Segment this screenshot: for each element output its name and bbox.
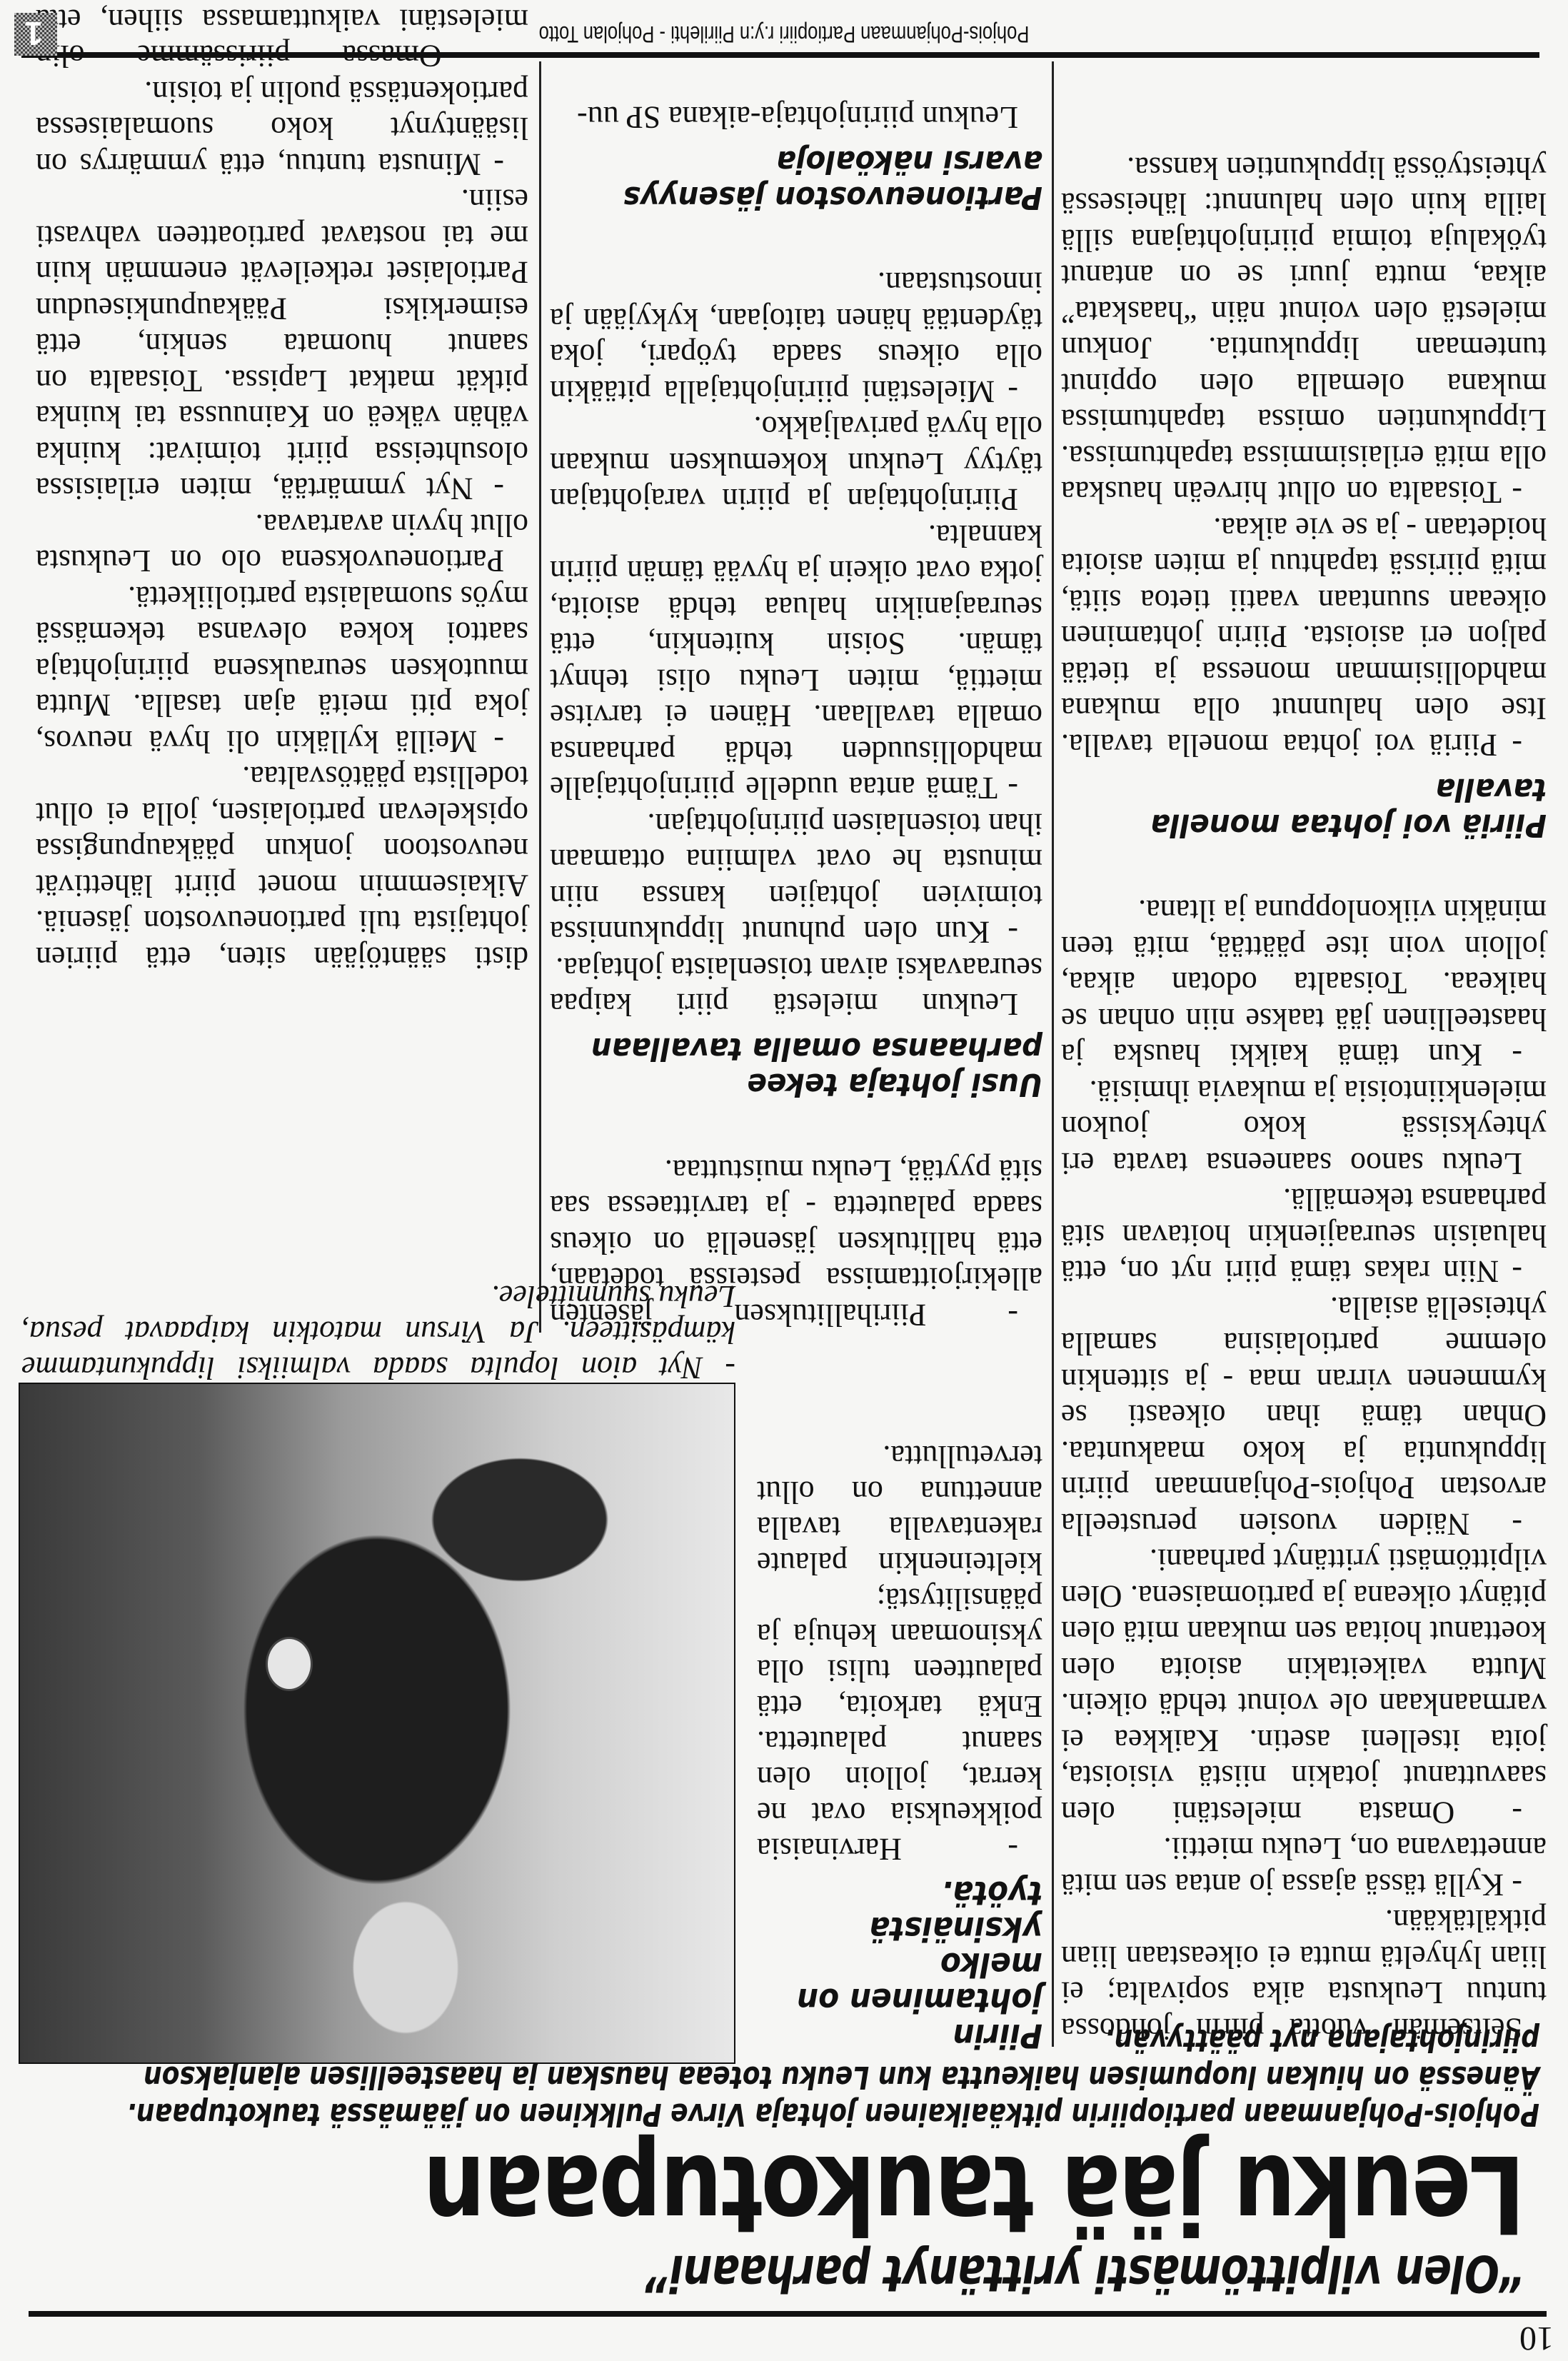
newspaper-page: 10 “Olen vilpittömästi yrittänyt parhaan… [0, 0, 1568, 2361]
subheading: Uusi johtaja tekee parhaansa omalla tava… [589, 1031, 1042, 1103]
photo-caption: - Nyt aion lopulta saada valmiiksi lippu… [21, 1278, 735, 1385]
page-number: 10 [1519, 2319, 1554, 2358]
paragraph: Partioneuvoksena olo on Leukusta ollut h… [36, 507, 528, 579]
paragraph: - Kyllä tässä ajassa jo antaa sen mitä a… [1061, 1830, 1547, 1903]
column-divider [1052, 61, 1054, 2047]
paragraph: disti sääntöjään siten, että piirien joh… [36, 759, 528, 976]
subheading: Piiriä voi johtaa monella tavalla [1100, 771, 1547, 843]
paragraph: - Meillä kylläkin oli hyvä neuvos, joka … [36, 579, 528, 760]
sidebox-text: - Harvinaisia poikkeuksia ovat ne kerrat… [757, 1438, 1042, 1867]
paragraph: - Piiriä voi johtaa monella tavalla. Its… [1061, 511, 1547, 763]
paragraph: - Kun tämä kaikki hauska ja haasteelline… [1061, 893, 1547, 1073]
scout-badge-icon [266, 1637, 313, 1691]
column-3: disti sääntöjään siten, että piirien joh… [36, 0, 528, 976]
paragraph: - Tämä antaa uudelle piirinjohtajalle ma… [550, 518, 1042, 806]
paragraph: Seitsemän vuotta piirin johdossa tuntuu … [1061, 1903, 1547, 2047]
paragraph: Leuku sanoo saaneensa tavata eri yhteyks… [1061, 1073, 1547, 1182]
paragraph: - Omasta mielestäni olen saavuttanut jot… [1061, 1542, 1547, 1830]
footer-rule [21, 52, 1539, 58]
paragraph: Leukun piirinjohtaja-aikana SP uu- [550, 99, 1042, 136]
column-divider [539, 61, 541, 1333]
paragraph: - Nyt ymmärtää, miten erilaisissa olosuh… [36, 182, 528, 507]
section-tab-label: 1 [24, 14, 43, 53]
paragraph: - Näiden vuosien perusteella arvostan Po… [1061, 1290, 1547, 1543]
paragraph: - Kun olen puhunut lippukunnissa toimivi… [550, 806, 1042, 951]
top-rule [29, 2311, 1547, 2317]
sidebox-heading: Piirin johtaminen on melko yksinäistä ty… [780, 1875, 1042, 2054]
footer-text: Pohjois-Pohjanmaan Partiopiiri r.y:n Pii… [157, 21, 1412, 47]
portrait-photo [19, 1383, 735, 2064]
paragraph: Piirinjohtajan ja piirin varajohtajan tä… [550, 409, 1042, 518]
paragraph: Leukun mielestä piiri kaipaa seuraavaksi… [550, 951, 1042, 1023]
sidebox: Piirin johtaminen on melko yksinäistä ty… [757, 1438, 1042, 2054]
subheading: Partioneuvoston jäsenyys avarsi näköaloj… [589, 144, 1042, 215]
paragraph: - Niin rakas tämä piiri nyt on, että hal… [1061, 1181, 1547, 1290]
paragraph: - Mielestäni piirinjohtajalla pitääkin o… [550, 265, 1042, 409]
paragraph: - Toisaalta on ollut hirveän hauskaa oll… [1061, 150, 1547, 511]
column-1: Seitsemän vuotta piirin johdossa tuntuu … [1061, 150, 1547, 2047]
article-headline: Leuku jää taukotupaan [425, 2140, 1525, 2247]
column-2: - Piirihallituksen jäsenten allekirjoitt… [550, 99, 1042, 1333]
section-tab-icon: 1 [14, 13, 57, 56]
paragraph: - Minusta tuntuu, että ymmärrys on lisää… [36, 74, 528, 183]
